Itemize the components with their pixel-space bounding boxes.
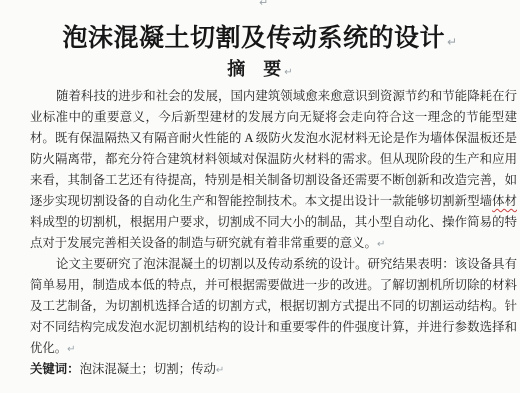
paragraph-mark-icon: ↵ (259, 0, 268, 9)
document-page: ↵ 泡沫混凝土切割及传动系统的设计↵ 摘 要↵ 随着科技的进步和社会的发展，国内… (0, 0, 520, 393)
keywords-line: 关键词：泡沫混凝土；切割；传动↵ (30, 359, 517, 380)
abstract-line: 简单易用，制造成本低的特点，并可根据需要做进一步的改进。了解切割机所切除的材料 (30, 275, 517, 296)
paragraph-mark-icon: ↵ (216, 365, 224, 376)
abstract-heading: 摘 要↵ (0, 55, 520, 81)
document-title-text: 泡沫混凝土切割及传动系统的设计 (62, 25, 445, 52)
keywords-label: 关键词： (30, 362, 80, 376)
abstract-line-text: 逐步实现切割设备的自动化生产和智能控制技术。本文提出设计一款能够切割新型墙 (30, 194, 492, 208)
abstract-line: 材。既有保温隔热又有隔音耐火性能的 A 级防火发泡水泥材料无论是作为墙体保温板还… (30, 128, 517, 149)
abstract-line: 随着科技的进步和社会的发展，国内建筑领域愈来愈意识到资源节约和节能降耗在行 (30, 86, 517, 107)
paragraph-mark-icon: ↵ (284, 67, 292, 78)
abstract-line: 对不同结构完成发泡水泥切割机结构的设计和重要零件的件强度计算，并进行参数选择和 (30, 317, 517, 338)
abstract-line: 料成型的切割机，根据用户要求，切割成不同大小的制品，其小型自动化、操作简易的特 (30, 212, 517, 233)
paragraph-mark-icon: ↵ (447, 35, 458, 49)
abstract-line: 来看，其制备工艺还有待提高，特别是相关制备切割设备还需要不断创新和改造完善，如 (30, 170, 517, 191)
abstract-line: 业标准中的重要意义，今后新型建材的发展方向无疑将会走向符合这一理念的节能型建 (30, 107, 517, 128)
paragraph-mark-icon: ↵ (377, 239, 385, 250)
abstract-line: 点对于发展完善相关设备的制造与研究就有着非常重要的意义。↵ (30, 233, 517, 254)
abstract-line-text: 点对于发展完善相关设备的制造与研究就有着非常重要的意义。 (30, 236, 377, 250)
document-title: 泡沫混凝土切割及传动系统的设计↵ (0, 18, 520, 54)
paragraph-mark-icon: ↵ (67, 344, 75, 355)
abstract-line-text: 优化。 (30, 341, 67, 355)
abstract-body: 随着科技的进步和社会的发展，国内建筑领域愈来愈意识到资源节约和节能降耗在行 业标… (30, 86, 517, 380)
abstract-line: 逐步实现切割设备的自动化生产和智能控制技术。本文提出设计一款能够切割新型墙体材 (30, 191, 517, 212)
abstract-line: 及工艺制备，为切割机选择合适的切割方式，根据切割方式提出不同的切割运动结构。针 (30, 296, 517, 317)
spellcheck-marked-text: 体材 (492, 194, 517, 208)
abstract-line: 论文主要研究了泡沫混凝土的切割以及传动系统的设计。研究结果表明：该设备具有 (30, 254, 517, 275)
abstract-heading-text: 摘 要 (227, 59, 281, 79)
keywords-text: 泡沫混凝土；切割；传动 (80, 362, 216, 376)
abstract-line: 优化。↵ (30, 338, 517, 359)
abstract-line: 防火隔离带，都充分符合建筑材料领域对保温防火材料的需求。但从现阶段的生产和应用 (30, 149, 517, 170)
